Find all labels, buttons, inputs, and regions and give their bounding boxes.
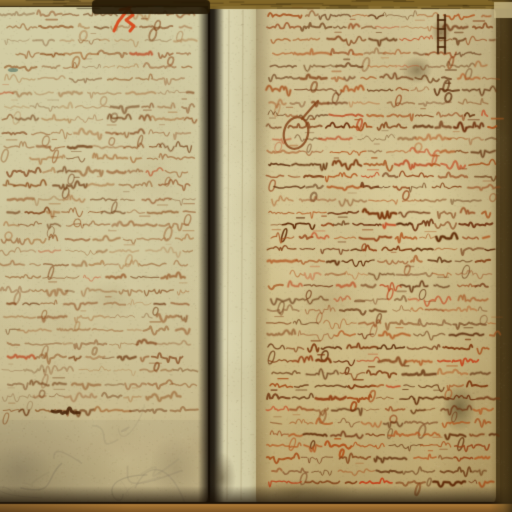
- manuscript-photo: [0, 0, 512, 512]
- manuscript-canvas: [0, 0, 512, 512]
